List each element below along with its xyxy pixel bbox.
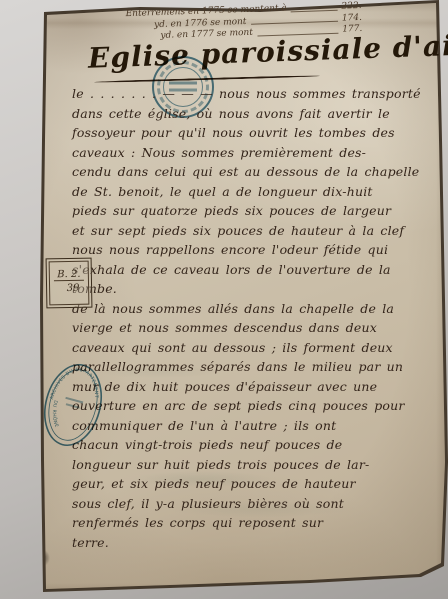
oval-archive-stamp: ARCHIVES DU DÉPARTEMENT DU RHÔNE [38,358,108,452]
manuscript-line: sous clef, il y-a plusieurs bières où so… [72,494,432,514]
manuscript-line: pieds sur quatorze pieds six pouces de l… [72,201,432,221]
manuscript-line: caveaux : Nous sommes premièrement des- [72,143,432,163]
oval-stamp-rim-top-text: ARCHIVES DU DÉPARTEMENT [49,359,106,411]
manuscript-body: le . . . . . . . — — — nous nous sommes … [72,84,432,552]
manuscript-line: chacun vingt-trois pieds neuf pouces de [72,435,432,455]
annotation-dash-leader [291,9,338,12]
manuscript-line: de St. benoit, le quel a de longueur dix… [72,182,432,202]
photo-background: Enterremens en 1775 se montent à 222. yd… [0,0,448,599]
margin-reference-inner-frame: B. 2. 39 [49,261,90,306]
manuscript-line: longueur sur huit pieds trois pouces de … [72,455,432,475]
manuscript-line: s'exhala de ce caveau lors de l'ouvertur… [72,260,432,280]
manuscript-line: le . . . . . . . — — — nous nous sommes … [72,84,432,104]
manuscript-line: cendu dans celui qui est au dessous de l… [72,162,432,182]
manuscript-line: communiquer de l'un à l'autre ; ils ont [72,416,432,436]
manuscript-line: ouverture en arc de sept pieds cinq pouc… [72,396,432,416]
reference-number: 39 [50,283,88,295]
manuscript-line: parallellogrammes séparés dans le milieu… [72,357,432,377]
manuscript-line: renfermés les corps qui reposent sur [72,513,432,533]
manuscript-line: nous nous rappellons encore l'odeur féti… [72,240,432,260]
manuscript-line: terre. [72,533,432,553]
reference-code: B. 2. [54,269,83,282]
manuscript-line: tombe. [72,279,432,299]
svg-text:ARCHIVES DU DÉPARTEMENT: ARCHIVES DU DÉPARTEMENT [49,359,106,411]
margin-reference-box: B. 2. 39 [46,258,93,309]
manuscript-line: de là nous sommes allés dans la chapelle… [72,299,432,319]
manuscript-line: caveaux qui sont au dessous ; ils formen… [72,338,432,358]
manuscript-line: fossoyeur pour qu'il nous ouvrit les tom… [72,123,432,143]
annotation-count: 174. [342,12,362,24]
manuscript-line: et sur sept pieds six pouces de hauteur … [72,221,432,241]
manuscript-line: mur de dix huit pouces d'épaisseur avec … [72,377,432,397]
manuscript-line: vierge et nous sommes descendus dans deu… [72,318,432,338]
annotation-count: 222. [341,1,361,13]
manuscript-line: geur, et six pieds neuf pouces de hauteu… [72,474,432,494]
manuscript-line: dans cette église, où nous avons fait av… [72,104,432,124]
